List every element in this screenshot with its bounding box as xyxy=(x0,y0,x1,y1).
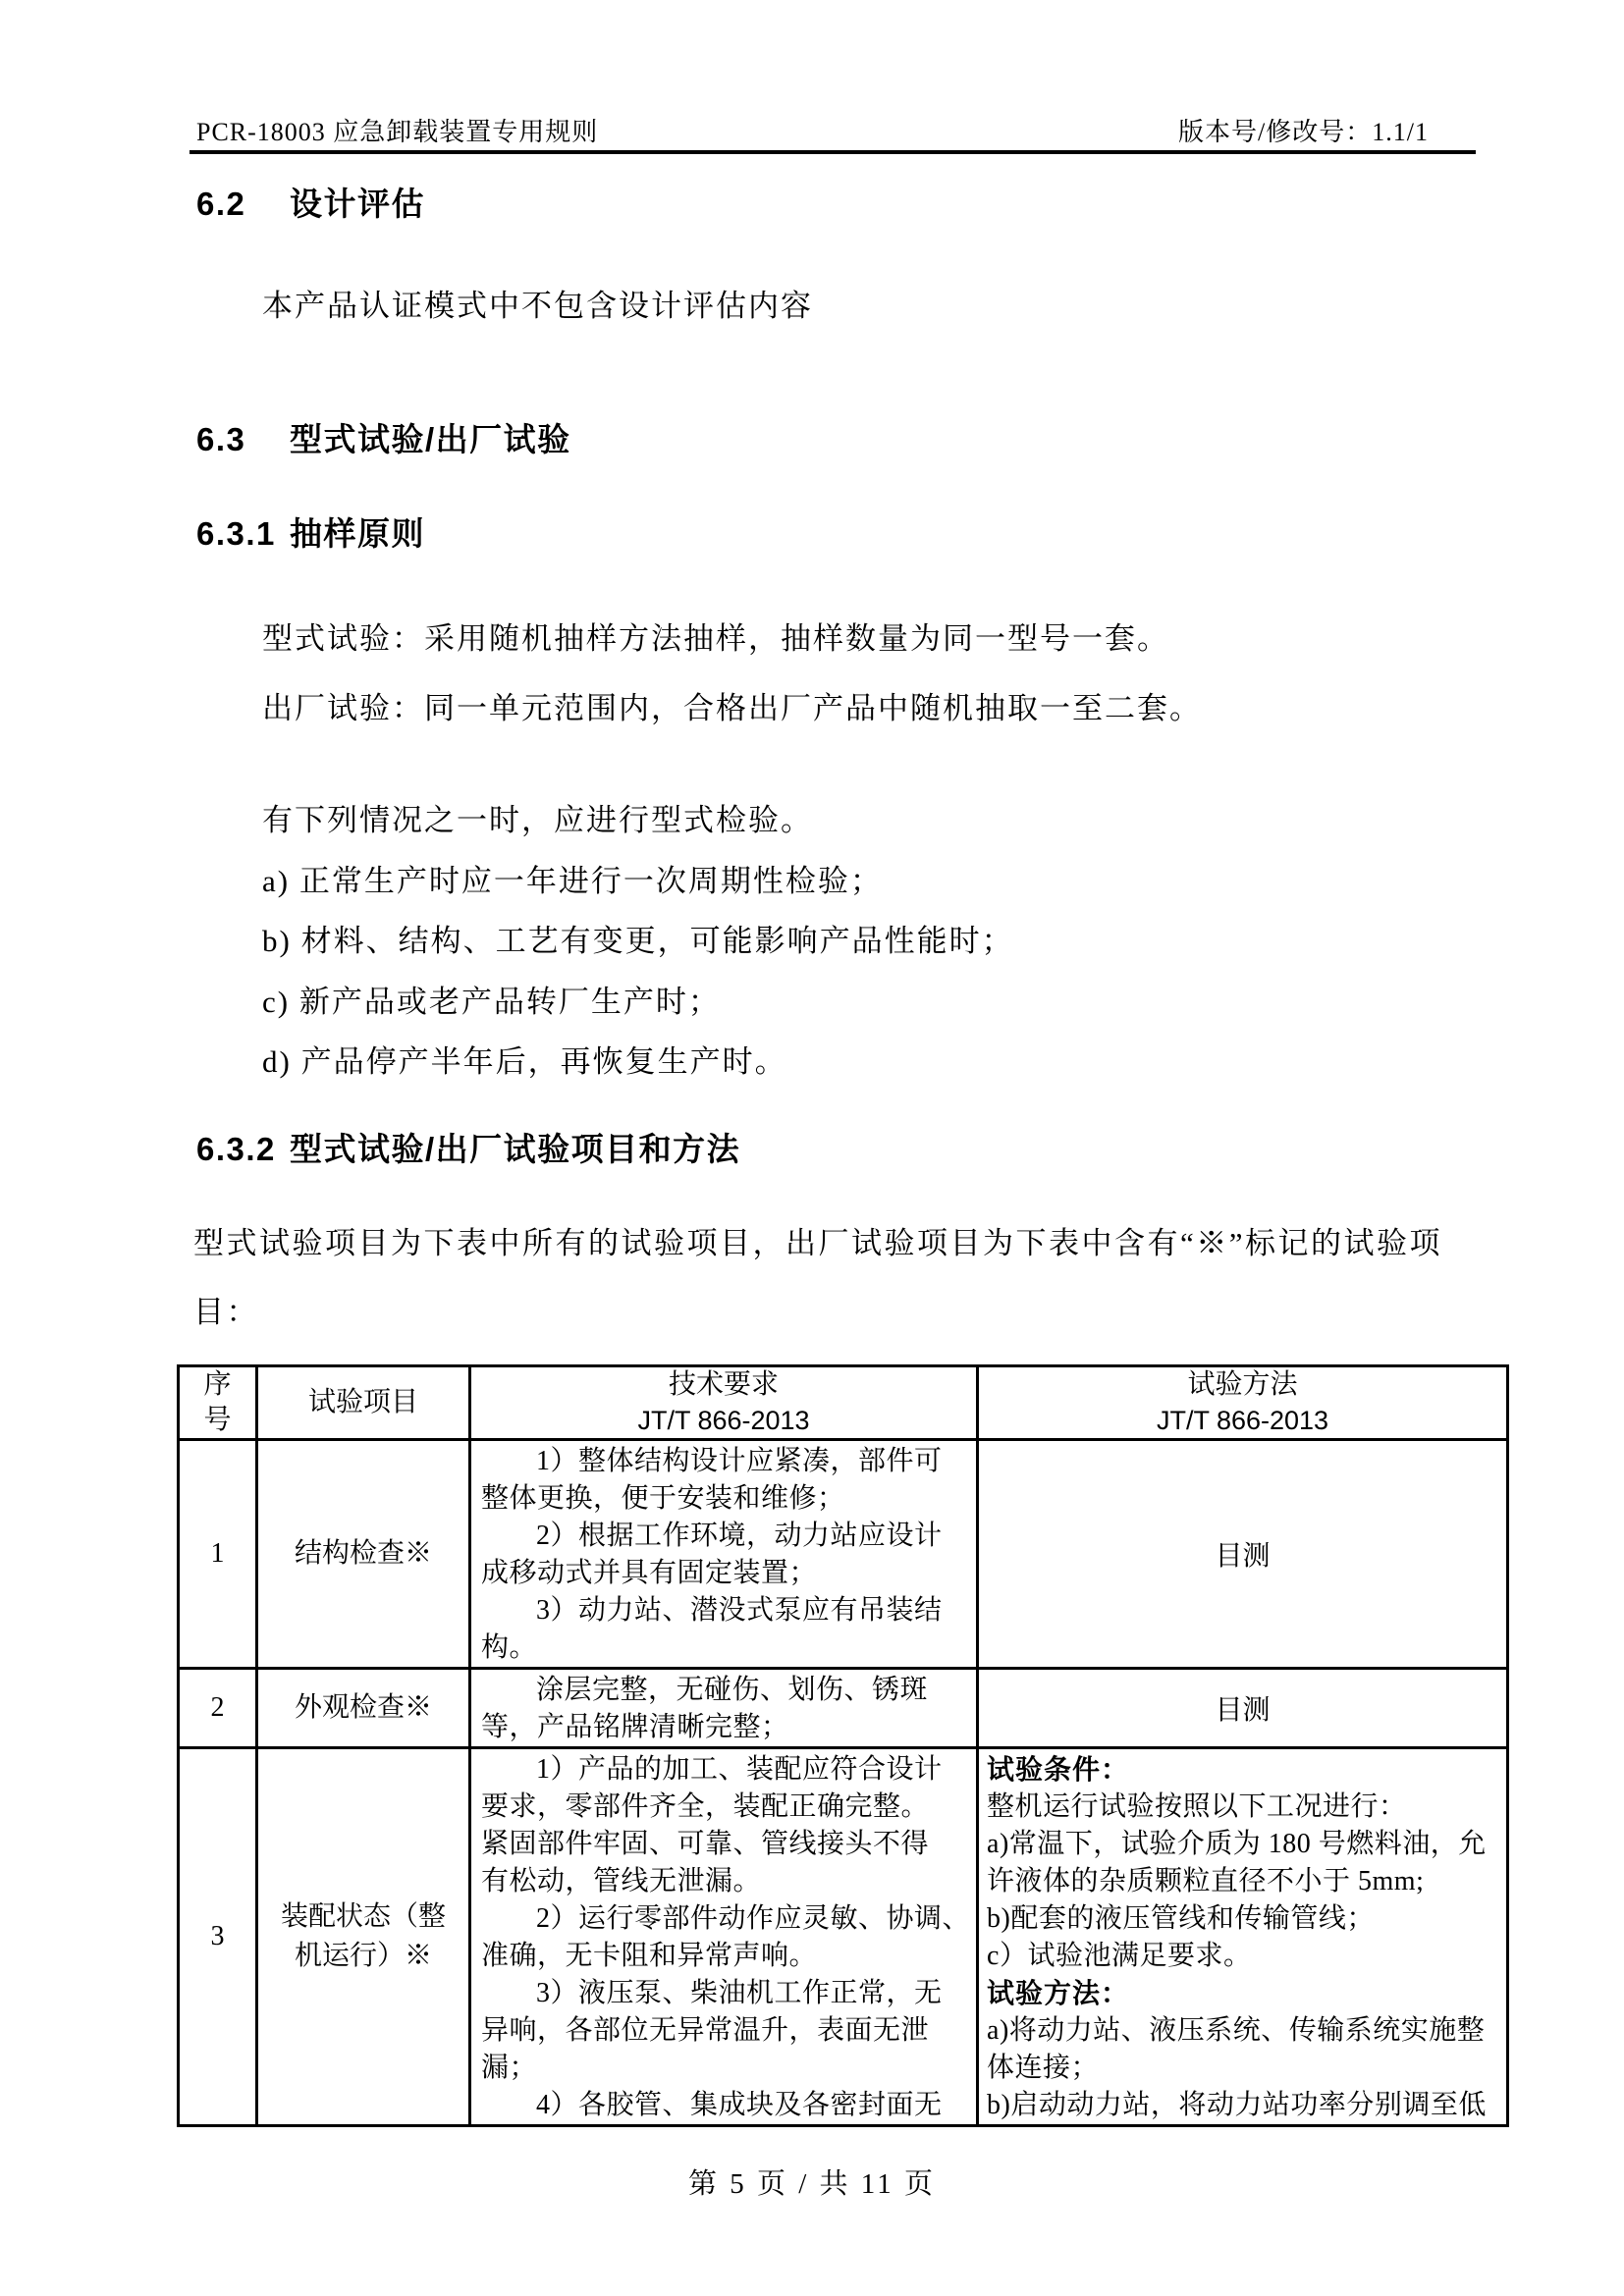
row2-test-item: 外观检查※ xyxy=(257,1669,470,1748)
tech-line: 4）各胶管、集成块及各密封面无 xyxy=(481,2087,970,2124)
col-header-no-line2: 号 xyxy=(180,1403,255,1438)
tech-line: 2）运行零部件动作应灵敏、协调、 xyxy=(481,1900,970,1938)
method-line: b)配套的液压管线和传输管线； xyxy=(987,1900,1502,1938)
tech-line: 有松动，管线无泄漏。 xyxy=(481,1863,970,1900)
tech-line: 涂层完整，无碰伤、划伤、锈斑 xyxy=(481,1672,970,1709)
header-document-title: PCR-18003 应急卸载装置专用规则 xyxy=(196,112,598,148)
page-number-footer: 第 5 页 / 共 11 页 xyxy=(0,2162,1624,2202)
section-6-3-2-title: 型式试验/出厂试验项目和方法 xyxy=(290,1131,740,1167)
tech-line: 整体更换，便于安装和维修； xyxy=(481,1480,970,1518)
section-6-3-2-heading: 6.3.2型式试验/出厂试验项目和方法 xyxy=(196,1124,740,1170)
tech-line: 1）产品的加工、装配应符合设计 xyxy=(481,1751,970,1789)
table-header-row: 序 号 试验项目 技术要求 JT/T 866-2013 试验方法 JT/T 86… xyxy=(179,1366,1508,1440)
header-rule xyxy=(189,150,1476,154)
method-line: 许液体的杂质颗粒直径不小于 5mm; xyxy=(987,1863,1502,1900)
section-6-2-title: 设计评估 xyxy=(290,186,425,222)
section-6-3-number: 6.3 xyxy=(196,421,290,458)
test-items-table: 序 号 试验项目 技术要求 JT/T 866-2013 试验方法 JT/T 86… xyxy=(177,1364,1509,2127)
header-version-number: 版本号/修改号：1.1/1 xyxy=(1178,112,1429,148)
table-intro-paragraph: 型式试验项目为下表中所有的试验项目，出厂试验项目为下表中含有“※”标记的试验项 … xyxy=(193,1209,1442,1347)
method-line: c）试验池满足要求。 xyxy=(987,1938,1502,1975)
col-header-no-line1: 序 xyxy=(180,1367,255,1403)
col-header-test-method: 试验方法 JT/T 866-2013 xyxy=(978,1366,1508,1440)
col-header-tech-requirement-line1: 技术要求 xyxy=(471,1367,976,1403)
row1-tech-requirement: 1）整体结构设计应紧凑，部件可 整体更换，便于安装和维修； 2）根据工作环境，动… xyxy=(470,1440,978,1669)
section-6-3-1-title: 抽样原则 xyxy=(290,515,425,552)
section-6-3-1-number: 6.3.1 xyxy=(196,515,290,553)
col-header-tech-requirement-line2: JT/T 866-2013 xyxy=(471,1403,976,1438)
method-line-test-method-label: 试验方法： xyxy=(987,1975,1502,2012)
document-page: PCR-18003 应急卸载装置专用规则 版本号/修改号：1.1/1 6.2设计… xyxy=(0,0,1624,2296)
method-line: a)常温下，试验介质为 180 号燃料油，允 xyxy=(987,1826,1502,1863)
table-row: 3 装配状态（整 机运行）※ 1）产品的加工、装配应符合设计 要求，零部件齐全，… xyxy=(179,1748,1508,2126)
method-line: a)将动力站、液压系统、传输系统实施整 xyxy=(987,2012,1502,2050)
table-intro-line-2: 目： xyxy=(193,1278,1442,1347)
row2-tech-requirement: 涂层完整，无碰伤、划伤、锈斑 等，产品铭牌清晰完整； xyxy=(470,1669,978,1748)
tech-line: 要求，零部件齐全，装配正确完整。 xyxy=(481,1789,970,1826)
tech-line: 1）整体结构设计应紧凑，部件可 xyxy=(481,1443,970,1480)
tech-line: 准确，无卡阻和异常声响。 xyxy=(481,1938,970,1975)
list-item-c: c) 新产品或老产品转厂生产时； xyxy=(262,977,721,1021)
row3-test-method: 试验条件： 整机运行试验按照以下工况进行： a)常温下，试验介质为 180 号燃… xyxy=(978,1748,1508,2126)
list-item-d: d) 产品停产半年后，再恢复生产时。 xyxy=(262,1037,787,1081)
method-line: b)启动动力站，将动力站功率分别调至低 xyxy=(987,2087,1502,2124)
section-6-2-paragraph: 本产品认证模式中不包含设计评估内容 xyxy=(262,281,813,325)
tech-line: 漏； xyxy=(481,2050,970,2087)
sampling-paragraph-factory-test: 出厂试验：同一单元范围内，合格出厂产品中随机抽取一至二套。 xyxy=(262,683,1202,727)
col-header-no: 序 号 xyxy=(179,1366,257,1440)
tech-line: 3）液压泵、柴油机工作正常，无 xyxy=(481,1975,970,2012)
row1-test-item: 结构检查※ xyxy=(257,1440,470,1669)
row3-test-item: 装配状态（整 机运行）※ xyxy=(257,1748,470,2126)
col-header-test-item-label: 试验项目 xyxy=(258,1385,468,1420)
section-6-3-1-heading: 6.3.1抽样原则 xyxy=(196,508,425,555)
row3-tech-requirement: 1）产品的加工、装配应符合设计 要求，零部件齐全，装配正确完整。 紧固部件牢固、… xyxy=(470,1748,978,2126)
method-line-test-conditions-label: 试验条件： xyxy=(987,1751,1502,1789)
table-row: 1 结构检查※ 1）整体结构设计应紧凑，部件可 整体更换，便于安装和维修； 2）… xyxy=(179,1440,1508,1669)
section-6-2-heading: 6.2设计评估 xyxy=(196,179,425,225)
row1-test-method: 目测 xyxy=(978,1440,1508,1669)
section-6-3-2-number: 6.3.2 xyxy=(196,1131,290,1168)
tech-line: 异响，各部位无异常温升，表面无泄 xyxy=(481,2012,970,2050)
col-header-test-method-line1: 试验方法 xyxy=(979,1367,1506,1403)
row3-no: 3 xyxy=(179,1748,257,2126)
type-test-conditions-intro: 有下列情况之一时，应进行型式检验。 xyxy=(262,795,813,839)
table-row: 2 外观检查※ 涂层完整，无碰伤、划伤、锈斑 等，产品铭牌清晰完整； 目测 xyxy=(179,1669,1508,1748)
row2-test-method: 目测 xyxy=(978,1669,1508,1748)
row3-test-item-line1: 装配状态（整 xyxy=(258,1897,468,1937)
tech-line: 等，产品铭牌清晰完整； xyxy=(481,1709,970,1746)
col-header-test-item: 试验项目 xyxy=(257,1366,470,1440)
row3-test-item-line2: 机运行）※ xyxy=(258,1937,468,1976)
section-6-3-heading: 6.3型式试验/出厂试验 xyxy=(196,414,571,460)
tech-line: 3）动力站、潜没式泵应有吊装结 xyxy=(481,1592,970,1629)
tech-line: 成移动式并具有固定装置； xyxy=(481,1555,970,1592)
test-items-table-wrapper: 序 号 试验项目 技术要求 JT/T 866-2013 试验方法 JT/T 86… xyxy=(177,1364,1509,2127)
row2-no: 2 xyxy=(179,1669,257,1748)
col-header-tech-requirement: 技术要求 JT/T 866-2013 xyxy=(470,1366,978,1440)
list-item-a: a) 正常生产时应一年进行一次周期性检验； xyxy=(262,856,883,900)
table-intro-line-1: 型式试验项目为下表中所有的试验项目，出厂试验项目为下表中含有“※”标记的试验项 xyxy=(193,1209,1442,1278)
section-6-2-number: 6.2 xyxy=(196,186,290,223)
sampling-paragraph-type-test: 型式试验：采用随机抽样方法抽样，抽样数量为同一型号一套。 xyxy=(262,614,1169,658)
section-6-3-title: 型式试验/出厂试验 xyxy=(290,421,571,457)
col-header-test-method-line2: JT/T 866-2013 xyxy=(979,1403,1506,1438)
method-line: 整机运行试验按照以下工况进行： xyxy=(987,1789,1502,1826)
list-item-b: b) 材料、结构、工艺有变更，可能影响产品性能时； xyxy=(262,916,1014,960)
tech-line: 构。 xyxy=(481,1629,970,1667)
tech-line: 2）根据工作环境，动力站应设计 xyxy=(481,1518,970,1555)
method-line: 体连接； xyxy=(987,2050,1502,2087)
tech-line: 紧固部件牢固、可靠、管线接头不得 xyxy=(481,1826,970,1863)
row1-no: 1 xyxy=(179,1440,257,1669)
